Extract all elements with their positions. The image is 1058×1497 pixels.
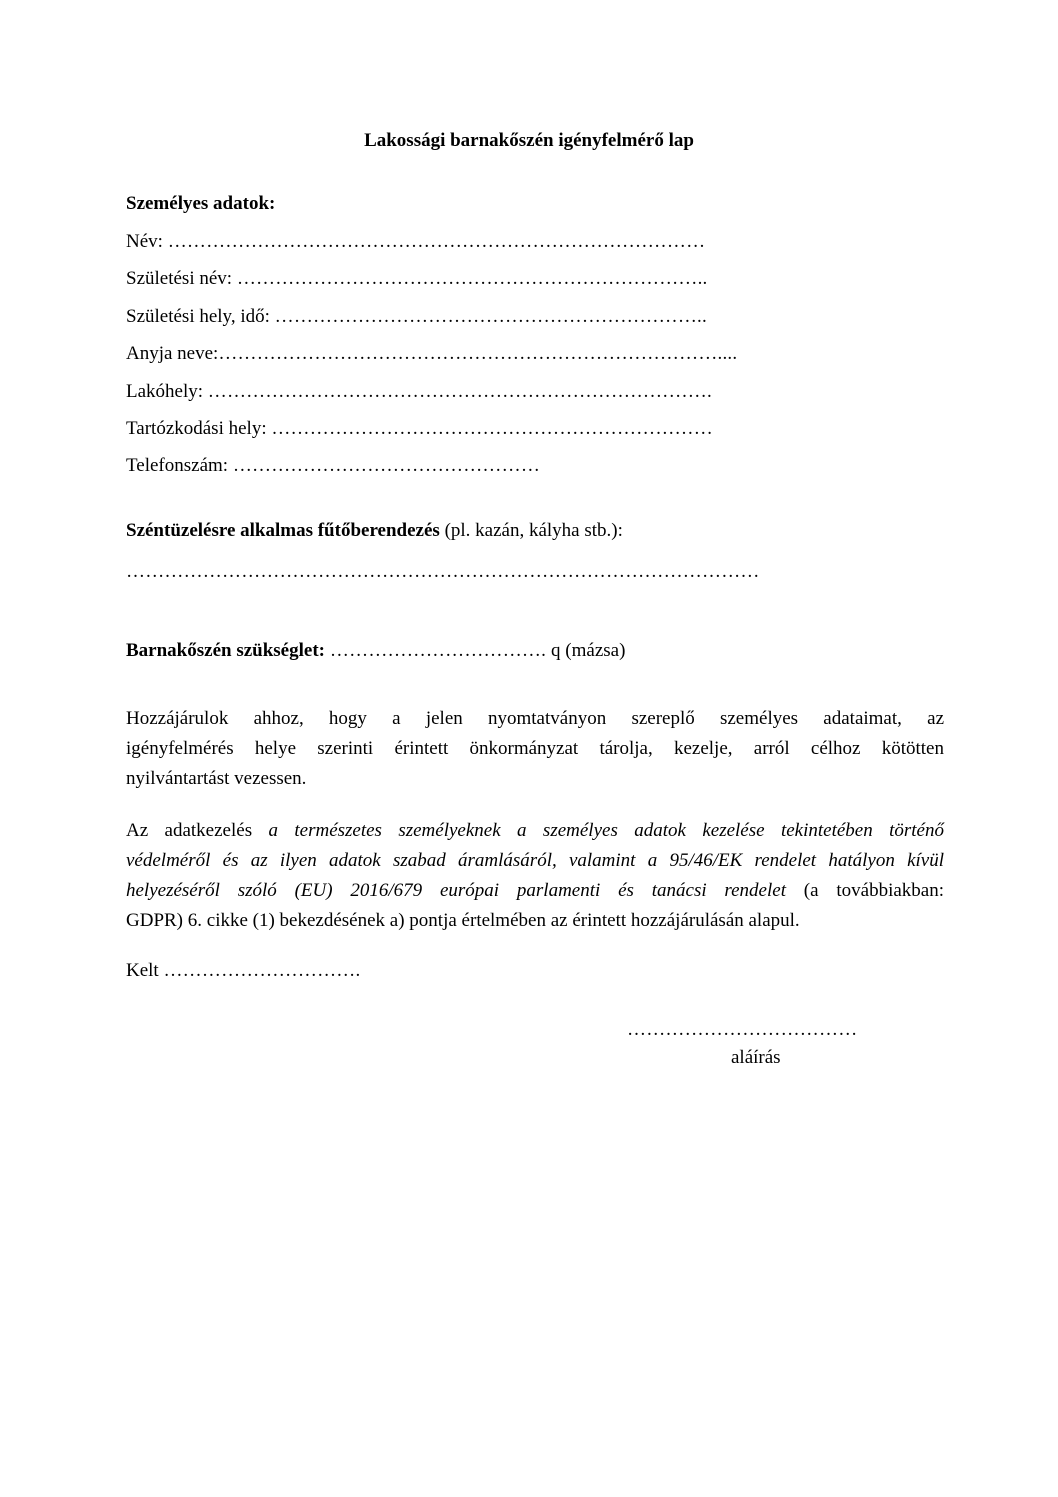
field-stay-address[interactable]: Tartózkodási hely: ………………………………………………………… <box>126 418 713 440</box>
fill-in-dots: …………………………. <box>163 960 360 981</box>
field-birth-name[interactable]: Születési név: ……………………………………………………………….… <box>126 268 708 290</box>
personal-data-heading: Személyes adatok: <box>126 193 275 215</box>
paragraph-line: nyilvántartást vezessen. <box>126 764 944 794</box>
signature-label: aláírás <box>731 1047 781 1069</box>
field-label: Telefonszám: <box>126 455 233 476</box>
text-normal: Az adatkezelés <box>126 820 268 841</box>
fill-in-dots: …………………………………………………………………….... <box>218 343 737 364</box>
gdpr-paragraph: Az adatkezelés a természetes személyekne… <box>126 816 944 936</box>
fill-in-dots: ………………………………………………………………………… <box>168 231 706 252</box>
heater-fill-in[interactable]: ……………………………………………………………………………………… <box>126 561 760 583</box>
field-label: Lakóhely: <box>126 381 208 402</box>
fill-in-dots: ………………………………………………………….. <box>275 306 707 327</box>
consent-paragraph: Hozzájárulok ahhoz, hogy a jelen nyomtat… <box>126 704 944 794</box>
heater-heading-bold: Széntüzelésre alkalmas fűtőberendezés <box>126 520 440 541</box>
field-residence[interactable]: Lakóhely: ……………………………………………………………………. <box>126 381 712 403</box>
paragraph-line: Hozzájárulok ahhoz, hogy a jelen nyomtat… <box>126 704 944 734</box>
field-label: Születési név: <box>126 268 237 289</box>
date-label: Kelt <box>126 960 163 981</box>
fill-in-dots: ……………………………. <box>325 640 551 661</box>
text-italic: a természetes személyeknek a személyes a… <box>268 820 944 841</box>
field-mother-name[interactable]: Anyja neve:……………………………………………………………………...… <box>126 343 737 365</box>
field-label: Születési hely, idő: <box>126 306 275 327</box>
field-label: Anyja neve: <box>126 343 218 364</box>
heater-heading-note: (pl. kazán, kályha stb.): <box>440 520 623 541</box>
field-label: Név: <box>126 231 168 252</box>
text-normal: (a továbbiakban: <box>786 880 944 901</box>
heater-heading: Széntüzelésre alkalmas fűtőberendezés (p… <box>126 520 623 542</box>
coal-need-label: Barnakőszén szükséglet: <box>126 640 325 661</box>
field-phone[interactable]: Telefonszám: ………………………………………… <box>126 455 540 477</box>
signature-line[interactable]: ……………………………… <box>627 1019 857 1041</box>
field-name[interactable]: Név: ………………………………………………………………………… <box>126 231 705 253</box>
coal-need-field[interactable]: Barnakőszén szükséglet: ……………………………. q (… <box>126 640 625 662</box>
fill-in-dots: ………………………………………… <box>233 455 540 476</box>
date-field[interactable]: Kelt …………………………. <box>126 960 360 982</box>
paragraph-line: GDPR) 6. cikke (1) bekezdésének a) pontj… <box>126 906 944 936</box>
paragraph-line: igényfelmérés helye szerinti érintett ön… <box>126 734 944 764</box>
fill-in-dots: …………………………………………………………… <box>271 418 713 439</box>
paragraph-line: Az adatkezelés a természetes személyekne… <box>126 816 944 846</box>
text-italic: helyezéséről szóló (EU) 2016/679 európai… <box>126 880 786 901</box>
field-label: Tartózkodási hely: <box>126 418 271 439</box>
fill-in-dots: ……………………………………………………………………. <box>208 381 712 402</box>
field-birth-place-date[interactable]: Születési hely, idő: …………………………………………………… <box>126 306 707 328</box>
fill-in-dots: ……………………………………………………………….. <box>237 268 708 289</box>
page-title: Lakossági barnakőszén igényfelmérő lap <box>0 130 1058 152</box>
paragraph-line: védelméről és az ilyen adatok szabad ára… <box>126 846 944 876</box>
coal-need-unit: q (mázsa) <box>551 640 625 661</box>
paragraph-line: helyezéséről szóló (EU) 2016/679 európai… <box>126 876 944 906</box>
